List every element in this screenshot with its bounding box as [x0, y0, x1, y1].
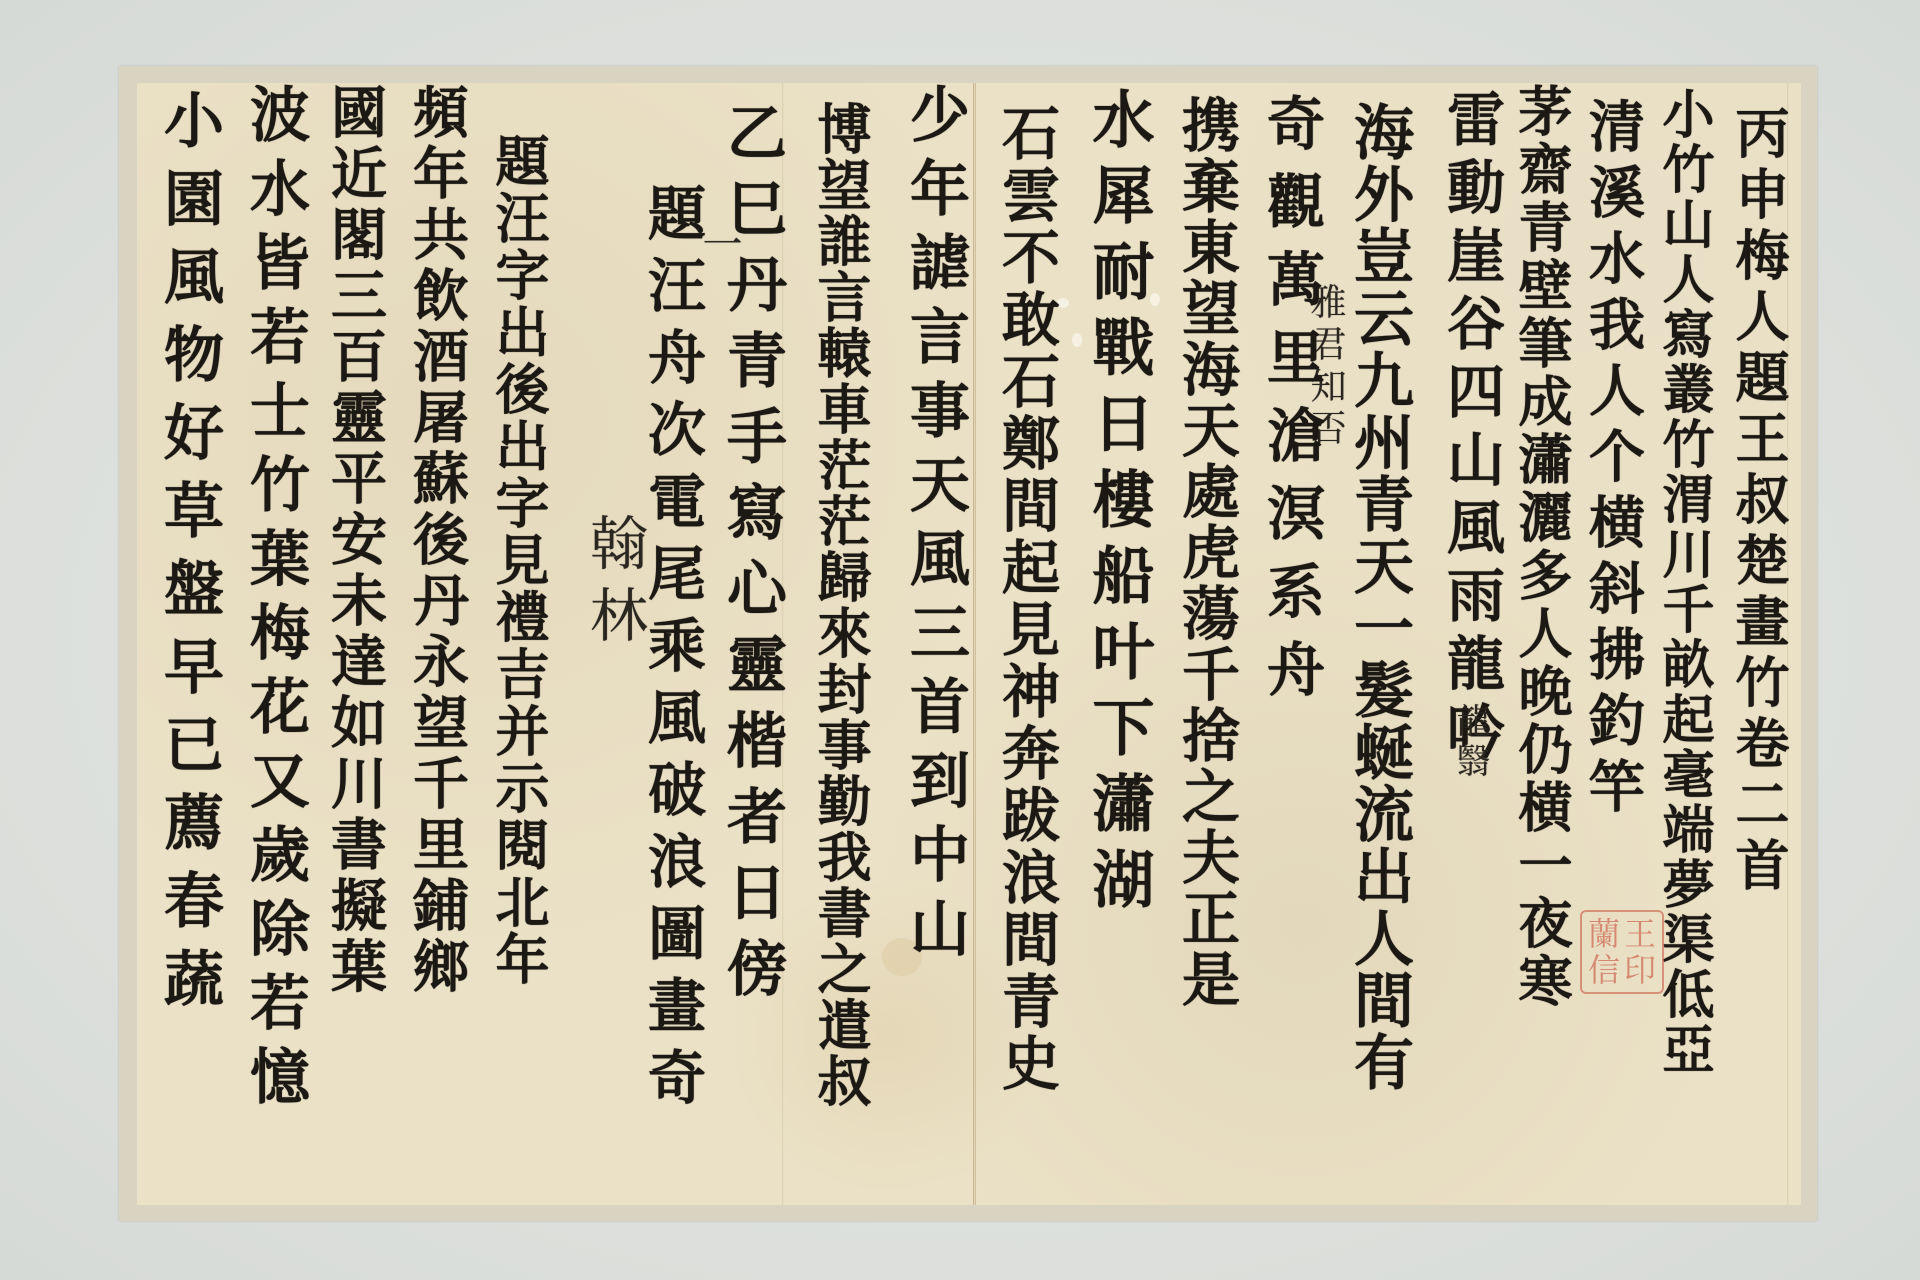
text-column-r1: 丙申梅人題王叔楚畫竹卷二首	[1732, 105, 1786, 898]
text-column-l10: 小園風物好草盤早已薦春蔬	[159, 89, 219, 1025]
text-column-r6: 海外豈云九州青天一髮蜒流出人間有	[1349, 101, 1409, 1093]
water-stain	[1072, 333, 1082, 347]
text-column-l5: 翰林	[585, 513, 643, 657]
center-fold-line	[973, 83, 976, 1205]
text-column-r2: 小竹山人寫叢竹渭川千畝起毫端夢渠低亞	[1657, 87, 1709, 1077]
text-column-r10: 石雲不敢石鄭間起見神奔跋浪間青史	[997, 103, 1055, 1095]
text-column-l6: 題汪字出後出字見禮吉并示閱北年	[492, 133, 546, 988]
text-column-l1: 少年謔言事天風三首到中山	[905, 83, 965, 971]
text-column-l4: 題汪舟次電尾乘風破浪圖畫奇	[643, 183, 701, 1119]
text-column-l2: 博望誰言轅車茫茫歸來封事勤我書之遣叔	[814, 101, 868, 1109]
text-column-r9: 水犀耐戰日樓船叶下瀟湖	[1087, 87, 1149, 923]
annotation-column-2: 龍翳	[1453, 703, 1487, 783]
red-seal-stamp: 蘭 王 信 印	[1580, 910, 1664, 994]
text-column-r8: 携棄東望海天處虎蕩千捨之夫正是	[1177, 95, 1235, 1010]
seal-character: 蘭	[1588, 918, 1620, 950]
text-column-l7: 頻年共飲酒屠蘇後丹永望千里鋪鄉	[409, 83, 465, 998]
seal-character: 王	[1624, 918, 1656, 950]
manuscript-sheet: 丙申梅人題王叔楚畫竹卷二首 小竹山人寫叢竹渭川千畝起毫端夢渠低亞 清溪水我人个横…	[137, 83, 1801, 1205]
text-column-l9: 波水皆若士竹葉梅花又歲除若憶	[245, 83, 305, 1119]
text-column-r7: 奇觀萬里滄溟系舟	[1262, 93, 1320, 717]
text-column-r5: 雷動崖谷四山風雨龍吟	[1442, 89, 1500, 769]
text-column-r3: 清溪水我人个横斜拂釣竿	[1585, 97, 1641, 823]
text-column-l8: 國近閣三百靈平安未達如川書擬葉	[327, 83, 383, 998]
text-column-r4: 茅齋青壁筆成瀟灑多人晚仍横一夜寒	[1515, 83, 1569, 1011]
seal-character: 信	[1588, 954, 1620, 986]
seal-character: 印	[1624, 954, 1656, 986]
